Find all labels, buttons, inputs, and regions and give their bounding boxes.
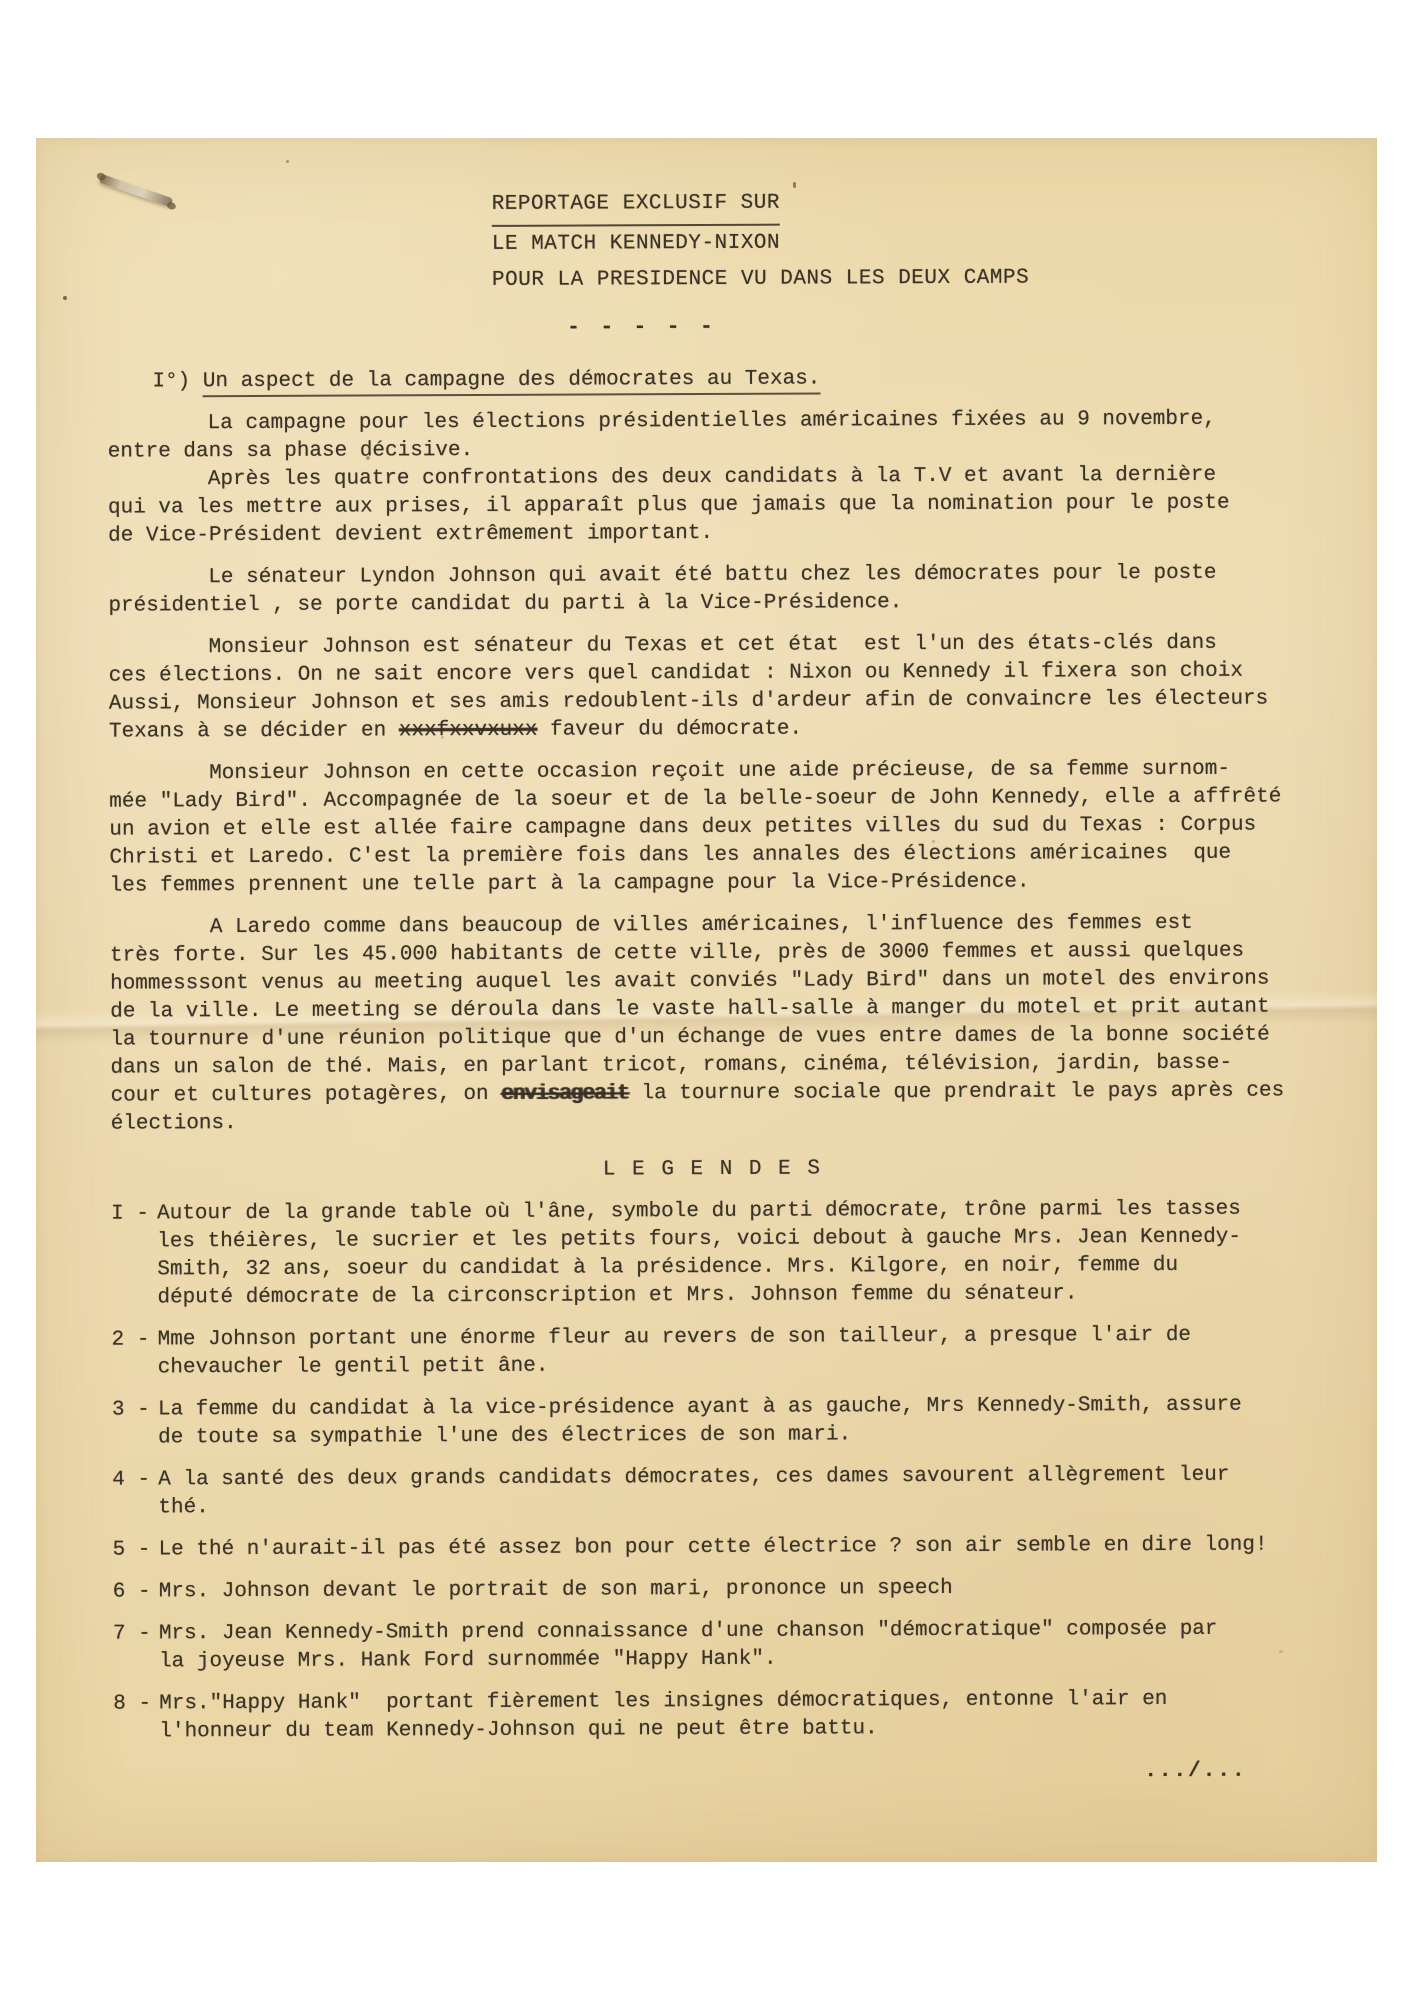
continuation-mark: .../...	[113, 1757, 1316, 1790]
legend-text-5: Le thé n'aurait-il pas été assez bon pou…	[158, 1531, 1315, 1564]
legend-number-1: I -	[111, 1200, 157, 1312]
legends-heading: L E G E N D E S	[111, 1153, 1314, 1186]
legend-item-6: 6 - Mrs. Johnson devant le portrait de s…	[113, 1573, 1316, 1606]
section-heading: I°) Un aspect de la campagne des démocra…	[152, 363, 1310, 396]
legend-item-1: I - Autour de la grande table où l'âne, …	[111, 1195, 1314, 1312]
header-line-2: LE MATCH KENNEDY-NIXON	[492, 223, 1310, 263]
legend-number-6: 6 -	[113, 1578, 159, 1606]
paragraph-campaign: La campagne pour les élections président…	[108, 405, 1311, 466]
legend-item-5: 5 - Le thé n'aurait-il pas été assez bon…	[112, 1531, 1315, 1564]
legend-item-7: 7 - Mrs. Jean Kennedy-Smith prend connai…	[113, 1615, 1316, 1676]
paragraph-lady-bird: Monsieur Johnson en cette occasion reçoi…	[109, 755, 1313, 900]
section-numeral: I°)	[152, 370, 203, 393]
legend-number-8: 8 -	[113, 1690, 159, 1746]
document-page: REPORTAGE EXCLUSIF SUR LE MATCH KENNEDY-…	[36, 138, 1377, 1862]
legend-item-4: 4 - A la santé des deux grands candidats…	[112, 1461, 1315, 1522]
overtyped-word: envisageait	[501, 1082, 629, 1106]
legend-number-4: 4 -	[112, 1466, 158, 1522]
header-line-1: REPORTAGE EXCLUSIF SUR	[492, 186, 780, 227]
legend-number-2: 2 -	[112, 1326, 158, 1382]
legend-text-1: Autour de la grande table où l'âne, symb…	[157, 1195, 1314, 1312]
legend-text-6: Mrs. Johnson devant le portrait de son m…	[159, 1573, 1316, 1606]
legend-number-7: 7 -	[113, 1620, 159, 1676]
legend-number-3: 3 -	[112, 1396, 158, 1452]
legend-text-3: La femme du candidat à la vice-présidenc…	[158, 1391, 1315, 1452]
paragraph-texas-text-end: faveur du démocrate.	[537, 718, 802, 742]
section-title: Un aspect de la campagne des démocrates …	[203, 367, 821, 397]
paragraph-laredo-meeting: A Laredo comme dans beaucoup de villes a…	[110, 909, 1314, 1138]
paragraph-johnson-candidate: Le sénateur Lyndon Johnson qui avait été…	[108, 559, 1311, 620]
paragraph-laredo-text: A Laredo comme dans beaucoup de villes a…	[110, 912, 1270, 1108]
separator-dashes: - - - - -	[567, 311, 1310, 342]
paragraph-texas-key-state: Monsieur Johnson est sénateur du Texas e…	[109, 629, 1312, 746]
legend-item-2: 2 - Mme Johnson portant une énorme fleur…	[112, 1321, 1315, 1382]
paragraph-tv-debates: Après les quatre confrontations des deux…	[108, 461, 1311, 550]
crossed-out-text: xxxfxxvxuxx	[399, 719, 538, 743]
legend-item-3: 3 - La femme du candidat à la vice-prési…	[112, 1391, 1315, 1452]
legend-number-5: 5 -	[112, 1536, 158, 1564]
legend-text-8: Mrs."Happy Hank" portant fièrement les i…	[159, 1685, 1316, 1746]
legend-item-8: 8 - Mrs."Happy Hank" portant fièrement l…	[113, 1685, 1316, 1746]
legend-text-2: Mme Johnson portant une énorme fleur au …	[158, 1321, 1315, 1382]
header-line-3: POUR LA PRESIDENCE VU DANS LES DEUX CAMP…	[492, 259, 1310, 299]
legend-text-7: Mrs. Jean Kennedy-Smith prend connaissan…	[159, 1615, 1316, 1676]
typewritten-content: REPORTAGE EXCLUSIF SUR LE MATCH KENNEDY-…	[36, 138, 1377, 1791]
legend-text-4: A la santé des deux grands candidats dém…	[158, 1461, 1315, 1522]
document-header: REPORTAGE EXCLUSIF SUR LE MATCH KENNEDY-…	[492, 183, 1310, 299]
